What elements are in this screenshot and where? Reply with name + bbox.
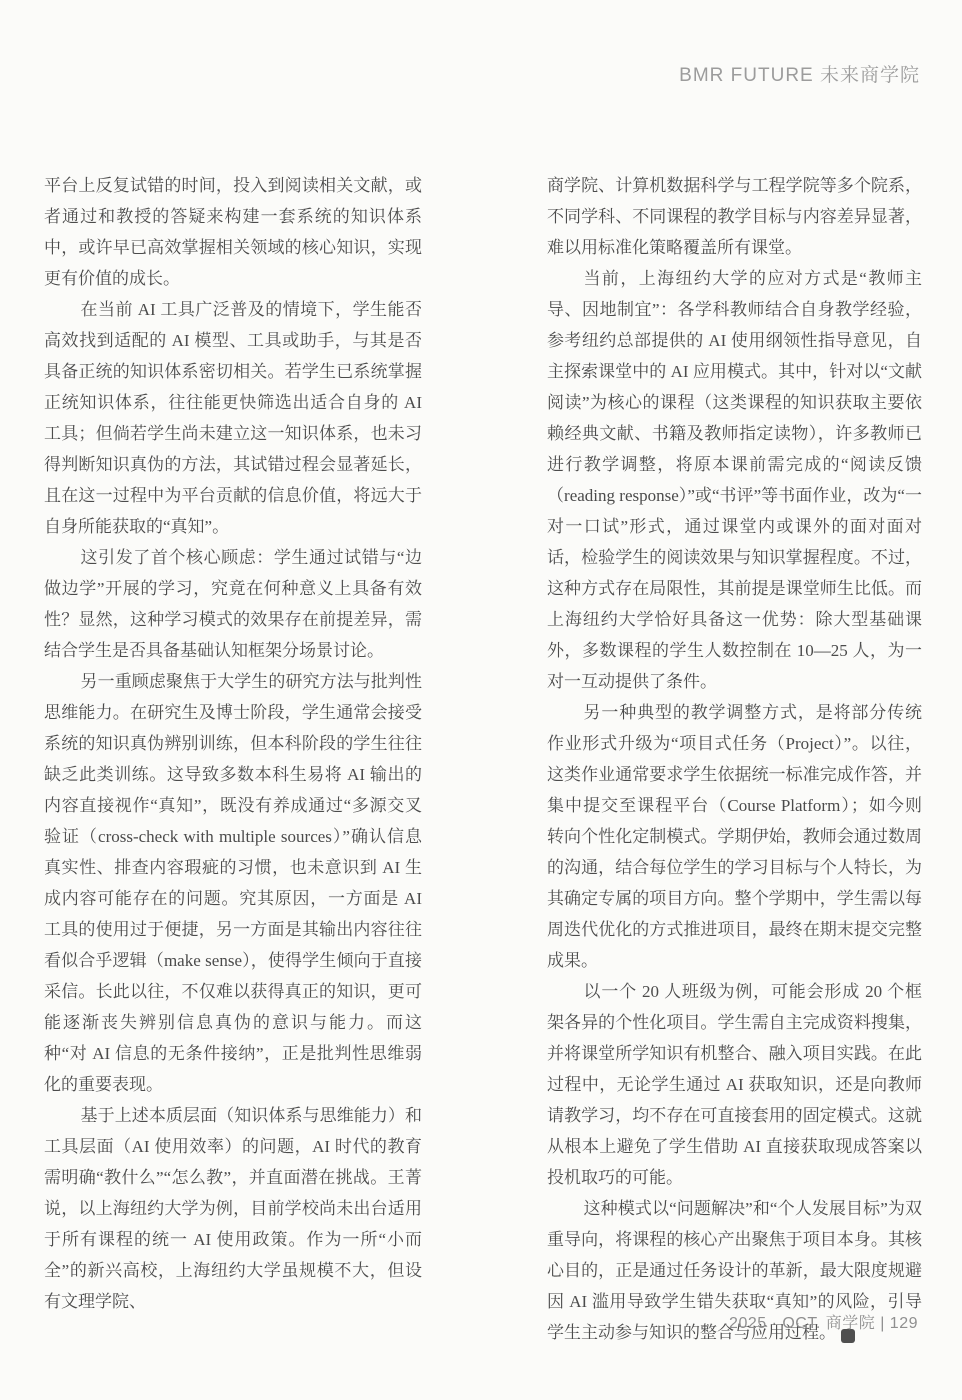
page-header: BMR FUTURE 未来商学院	[679, 60, 920, 87]
paragraph-text: 这引发了首个核心顾虑：学生通过试错与“边做边学”开展的学习，究竟在何种意义上具备…	[44, 548, 422, 660]
paragraph: 另一种典型的教学调整方式，是将部分传统作业形式升级为“项目式任务（Project…	[547, 697, 922, 976]
left-column: 平台上反复试错的时间，投入到阅读相关文献，或者通过和教授的答疑来构建一套系统的知…	[44, 170, 422, 1348]
paragraph: 以一个 20 人班级为例，可能会形成 20 个框架各异的个性化项目。学生需自主完…	[547, 976, 922, 1193]
paragraph-text: 另一种典型的教学调整方式，是将部分传统作业形式升级为“项目式任务（Project…	[547, 703, 922, 970]
paragraph-text: 以一个 20 人班级为例，可能会形成 20 个框架各异的个性化项目。学生需自主完…	[547, 982, 922, 1187]
paragraph-text: 基于上述本质层面（知识体系与思维能力）和工具层面（AI 使用效率）的问题，AI …	[44, 1106, 422, 1311]
paragraph: 当前，上海纽约大学的应对方式是“教师主导、因地制宜”：各学科教师结合自身教学经验…	[547, 263, 922, 697]
paragraph: 另一重顾虑聚焦于大学生的研究方法与批判性思维能力。在研究生及博士阶段，学生通常会…	[44, 666, 422, 1100]
paragraph-text: 当前，上海纽约大学的应对方式是“教师主导、因地制宜”：各学科教师结合自身教学经验…	[547, 269, 922, 691]
paragraph: 在当前 AI 工具广泛普及的情境下，学生能否高效找到适配的 AI 模型、工具或助…	[44, 294, 422, 542]
paragraph-text: 商学院、计算机数据科学与工程学院等多个院系，不同学科、不同课程的教学目标与内容差…	[547, 176, 922, 257]
paragraph: 平台上反复试错的时间，投入到阅读相关文献，或者通过和教授的答疑来构建一套系统的知…	[44, 170, 422, 294]
paragraph: 商学院、计算机数据科学与工程学院等多个院系，不同学科、不同课程的教学目标与内容差…	[547, 170, 922, 263]
paragraph: 这引发了首个核心顾虑：学生通过试错与“边做边学”开展的学习，究竟在何种意义上具备…	[44, 542, 422, 666]
article-body: 平台上反复试错的时间，投入到阅读相关文献，或者通过和教授的答疑来构建一套系统的知…	[44, 170, 922, 1348]
page-info: 2025 · OCT. 商学院 | 129	[729, 1315, 918, 1332]
brand-label: BMR FUTURE 未来商学院	[679, 65, 920, 86]
right-column: 商学院、计算机数据科学与工程学院等多个院系，不同学科、不同课程的教学目标与内容差…	[547, 170, 922, 1348]
paragraph: 基于上述本质层面（知识体系与思维能力）和工具层面（AI 使用效率）的问题，AI …	[44, 1100, 422, 1317]
paragraph-text: 另一重顾虑聚焦于大学生的研究方法与批判性思维能力。在研究生及博士阶段，学生通常会…	[44, 672, 422, 1094]
paragraph-text: 在当前 AI 工具广泛普及的情境下，学生能否高效找到适配的 AI 模型、工具或助…	[44, 300, 422, 536]
page-footer: 2025 · OCT. 商学院 | 129	[729, 1310, 918, 1333]
paragraph-text: 平台上反复试错的时间，投入到阅读相关文献，或者通过和教授的答疑来构建一套系统的知…	[44, 176, 422, 288]
